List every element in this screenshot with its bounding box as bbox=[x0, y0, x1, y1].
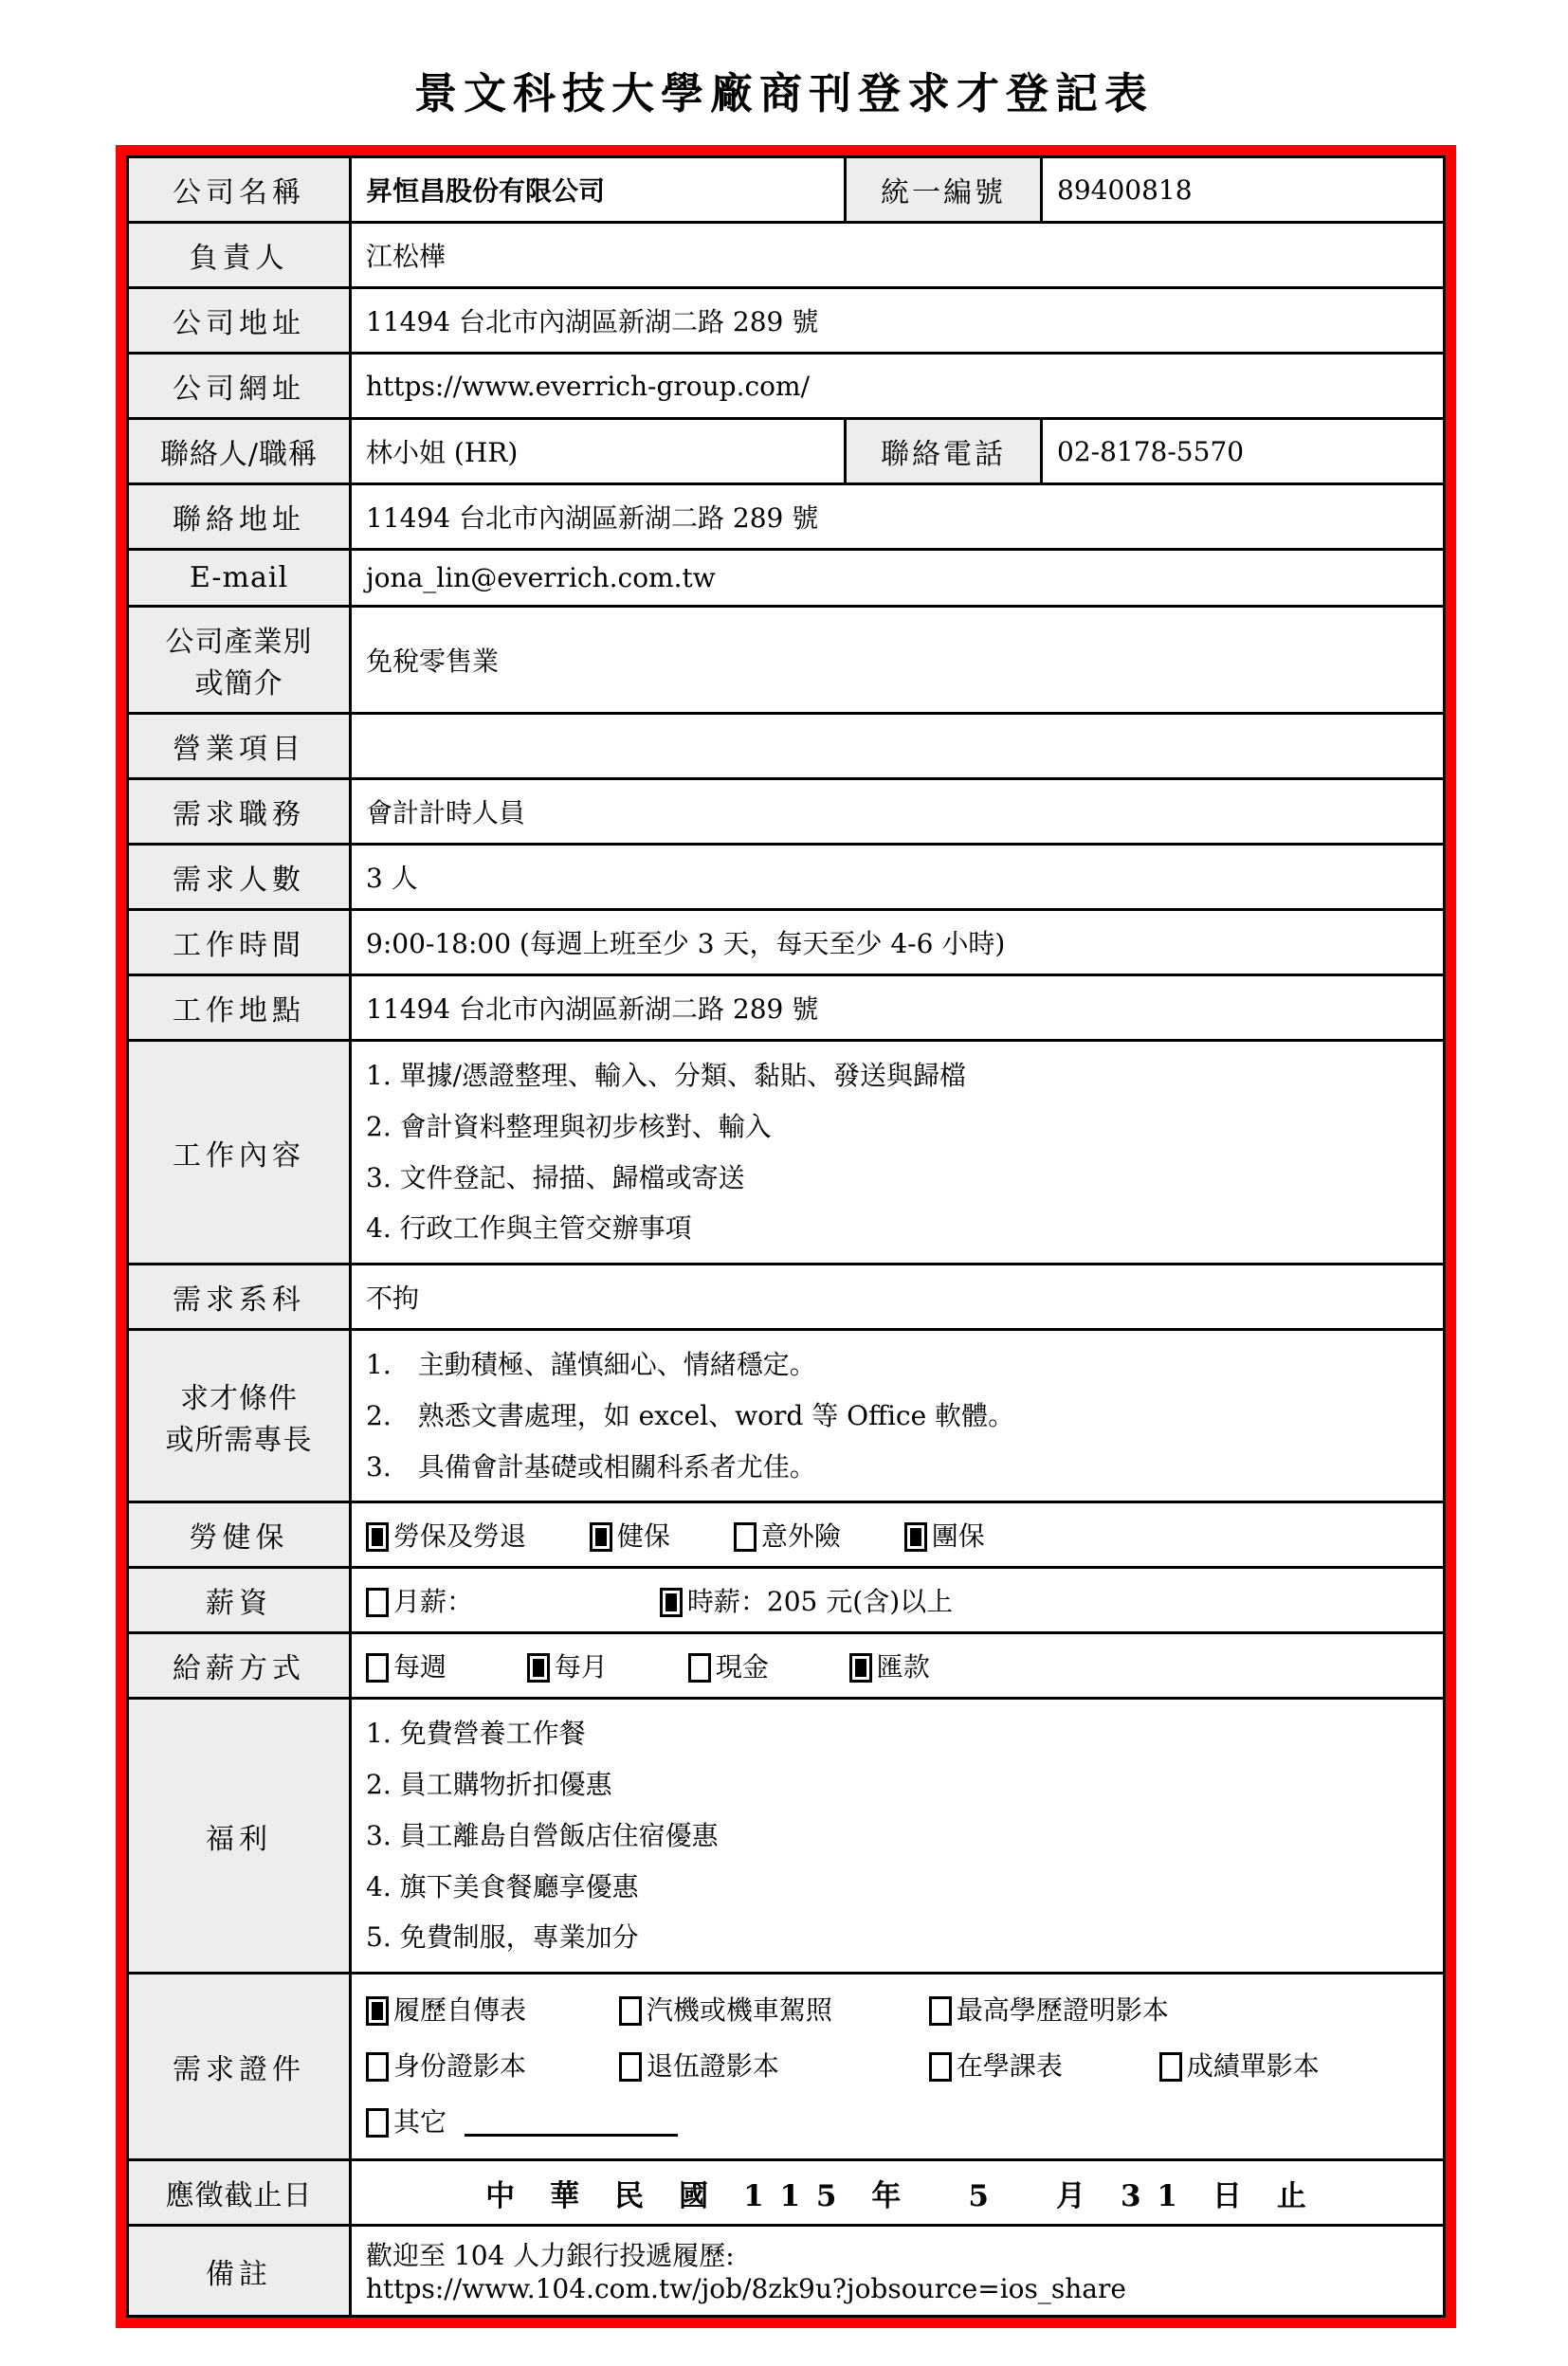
benefits-line-1: 1. 免費營養工作餐 bbox=[366, 1708, 1429, 1759]
payment-option-cash: 現金 bbox=[688, 1647, 769, 1684]
tax-id-value: 89400818 bbox=[1042, 157, 1445, 223]
notes-line-2[interactable]: https://www.104.com.tw/job/8zk9u?jobsour… bbox=[366, 2273, 1429, 2306]
documents-line-2: 身份證影本 退伍證影本 在學課表 成績單影本 bbox=[366, 2039, 1429, 2095]
page-title: 景文科技大學廠商刊登求才登記表 bbox=[0, 0, 1568, 120]
requirements-line-1: 1. 主動積極、謹慎細心、情緒穩定。 bbox=[366, 1339, 1429, 1391]
discharge-checkbox bbox=[619, 2052, 642, 2082]
industry-value: 免稅零售業 bbox=[351, 607, 1445, 714]
company-address-label: 公司地址 bbox=[128, 288, 351, 354]
website-value[interactable]: https://www.everrich-group.com/ bbox=[351, 354, 1445, 419]
weekly-pay-checkbox bbox=[366, 1653, 389, 1683]
doc-option-id-copy: 身份證影本 bbox=[366, 2039, 611, 2095]
doc-option-discharge: 退伍證影本 bbox=[619, 2039, 921, 2095]
owner-value: 江松樺 bbox=[351, 223, 1445, 288]
email-label: E-mail bbox=[128, 550, 351, 607]
insurance-option-accident: 意外險 bbox=[734, 1516, 841, 1554]
doc-option-resume: 履歷自傳表 bbox=[366, 1983, 611, 2039]
work-location-value: 11494 台北市內湖區新湖二路 289 號 bbox=[351, 975, 1445, 1041]
doc-option-driver-license: 汽機或機車駕照 bbox=[619, 1983, 921, 2039]
website-url[interactable]: https://www.everrich-group.com/ bbox=[366, 371, 810, 402]
contact-address-value: 11494 台北市內湖區新湖二路 289 號 bbox=[351, 484, 1445, 550]
recruitment-form: 公司名稱 昇恒昌股份有限公司 統一編號 89400818 負責人 江松樺 公司地… bbox=[116, 145, 1456, 2328]
contact-value: 林小姐 (HR) bbox=[351, 419, 846, 484]
requirements-label-line1: 求才條件 bbox=[133, 1374, 345, 1416]
row-work-hours: 工作時間 9:00-18:00 (每週上班至少 3 天，每天至少 4-6 小時) bbox=[128, 910, 1445, 975]
business-items-label: 營業項目 bbox=[128, 714, 351, 779]
driver-license-option-label: 汽機或機車駕照 bbox=[647, 1994, 832, 2026]
requirements-value: 1. 主動積極、謹慎細心、情緒穩定。 2. 熟悉文書處理，如 excel、wor… bbox=[351, 1330, 1445, 1502]
transcript-option-label: 成績單影本 bbox=[1187, 2050, 1320, 2082]
job-content-value: 1. 單據/憑證整理、輸入、分類、黏貼、發送與歸檔 2. 會計資料整理與初步核對… bbox=[351, 1041, 1445, 1265]
company-name-label: 公司名稱 bbox=[128, 157, 351, 223]
tax-id-label: 統一編號 bbox=[846, 157, 1042, 223]
row-documents: 需求證件 履歷自傳表 汽機或機車駕照 最高學歷證明影本 身份證影本 退伍證影本 … bbox=[128, 1974, 1445, 2160]
cash-pay-checkbox bbox=[688, 1653, 711, 1683]
contact-label: 聯絡人/職稱 bbox=[128, 419, 351, 484]
monthly-salary-option-label: 月薪： bbox=[393, 1586, 473, 1617]
job-content-line-2: 2. 會計資料整理與初步核對、輸入 bbox=[366, 1101, 1429, 1153]
row-department: 需求系科 不拘 bbox=[128, 1265, 1445, 1330]
website-label: 公司網址 bbox=[128, 354, 351, 419]
labor-insurance-checkbox bbox=[366, 1522, 389, 1552]
other-doc-blank-line bbox=[465, 2105, 678, 2137]
deadline-value: 中 華 民 國 1 1 5 年 5 月 3 1 日 止 bbox=[351, 2160, 1445, 2226]
notes-value: 歡迎至 104 人力銀行投遞履歷: https://www.104.com.tw… bbox=[351, 2226, 1445, 2317]
salary-option-monthly: 月薪： bbox=[366, 1581, 473, 1619]
row-business-items: 營業項目 bbox=[128, 714, 1445, 779]
industry-label: 公司產業別 或簡介 bbox=[128, 607, 351, 714]
doc-option-other: 其它 bbox=[366, 2095, 447, 2151]
documents-value: 履歷自傳表 汽機或機車駕照 最高學歷證明影本 身份證影本 退伍證影本 在學課表 … bbox=[351, 1974, 1445, 2160]
job-content-label: 工作內容 bbox=[128, 1041, 351, 1265]
schedule-checkbox bbox=[929, 2052, 952, 2082]
id-copy-option-label: 身份證影本 bbox=[393, 2050, 526, 2082]
labor-insurance-option-label: 勞保及勞退 bbox=[393, 1520, 526, 1552]
email-value: jona_lin@everrich.com.tw bbox=[351, 550, 1445, 607]
diploma-checkbox bbox=[929, 1996, 952, 2026]
business-items-value bbox=[351, 714, 1445, 779]
insurance-value: 勞保及勞退 健保 意外險 團保 bbox=[351, 1502, 1445, 1568]
job-content-line-4: 4. 行政工作與主管交辦事項 bbox=[366, 1203, 1429, 1254]
headcount-value: 3 人 bbox=[351, 845, 1445, 910]
benefits-line-5: 5. 免費制服，專業加分 bbox=[366, 1912, 1429, 1963]
row-email: E-mail jona_lin@everrich.com.tw bbox=[128, 550, 1445, 607]
row-industry: 公司產業別 或簡介 免稅零售業 bbox=[128, 607, 1445, 714]
hourly-salary-option-label: 時薪：205 元(含)以上 bbox=[687, 1586, 953, 1617]
job-content-line-3: 3. 文件登記、掃描、歸檔或寄送 bbox=[366, 1153, 1429, 1204]
transfer-pay-checkbox bbox=[849, 1653, 872, 1683]
id-copy-checkbox bbox=[366, 2052, 389, 2082]
industry-label-line2: 或簡介 bbox=[133, 660, 345, 701]
schedule-option-label: 在學課表 bbox=[957, 2050, 1063, 2082]
row-company-address: 公司地址 11494 台北市內湖區新湖二路 289 號 bbox=[128, 288, 1445, 354]
benefits-line-4: 4. 旗下美食餐廳享優惠 bbox=[366, 1862, 1429, 1913]
documents-line-3: 其它 bbox=[366, 2095, 1429, 2151]
salary-label: 薪資 bbox=[128, 1568, 351, 1633]
row-requirements: 求才條件 或所需專長 1. 主動積極、謹慎細心、情緒穩定。 2. 熟悉文書處理，… bbox=[128, 1330, 1445, 1502]
salary-value: 月薪： 時薪：205 元(含)以上 bbox=[351, 1568, 1445, 1633]
group-insurance-option-label: 團保 bbox=[932, 1520, 985, 1552]
row-salary: 薪資 月薪： 時薪：205 元(含)以上 bbox=[128, 1568, 1445, 1633]
group-insurance-checkbox bbox=[904, 1522, 927, 1552]
row-payment: 給薪方式 每週 每月 現金 匯款 bbox=[128, 1633, 1445, 1699]
job-title-label: 需求職務 bbox=[128, 779, 351, 845]
requirements-line-2: 2. 熟悉文書處理，如 excel、word 等 Office 軟體。 bbox=[366, 1391, 1429, 1442]
benefits-value: 1. 免費營養工作餐 2. 員工購物折扣優惠 3. 員工離島自營飯店住宿優惠 4… bbox=[351, 1699, 1445, 1974]
notes-line-1: 歡迎至 104 人力銀行投遞履歷: bbox=[366, 2235, 1429, 2273]
industry-label-line1: 公司產業別 bbox=[133, 618, 345, 660]
other-doc-option-label: 其它 bbox=[393, 2106, 447, 2138]
health-insurance-option-label: 健保 bbox=[617, 1520, 670, 1552]
row-deadline: 應徵截止日 中 華 民 國 1 1 5 年 5 月 3 1 日 止 bbox=[128, 2160, 1445, 2226]
cash-pay-option-label: 現金 bbox=[716, 1651, 769, 1683]
job-content-line-1: 1. 單據/憑證整理、輸入、分類、黏貼、發送與歸檔 bbox=[366, 1050, 1429, 1101]
documents-line-1: 履歷自傳表 汽機或機車駕照 最高學歷證明影本 bbox=[366, 1983, 1429, 2039]
insurance-option-labor: 勞保及勞退 bbox=[366, 1516, 526, 1554]
documents-label: 需求證件 bbox=[128, 1974, 351, 2160]
row-company-name: 公司名稱 昇恒昌股份有限公司 統一編號 89400818 bbox=[128, 157, 1445, 223]
job-title-value: 會計計時人員 bbox=[351, 779, 1445, 845]
department-label: 需求系科 bbox=[128, 1265, 351, 1330]
row-contact: 聯絡人/職稱 林小姐 (HR) 聯絡電話 02-8178-5570 bbox=[128, 419, 1445, 484]
doc-option-transcript: 成績單影本 bbox=[1159, 2039, 1320, 2095]
benefits-line-2: 2. 員工購物折扣優惠 bbox=[366, 1759, 1429, 1811]
work-hours-value: 9:00-18:00 (每週上班至少 3 天，每天至少 4-6 小時) bbox=[351, 910, 1445, 975]
requirements-label: 求才條件 或所需專長 bbox=[128, 1330, 351, 1502]
diploma-option-label: 最高學歷證明影本 bbox=[957, 1994, 1169, 2026]
work-hours-label: 工作時間 bbox=[128, 910, 351, 975]
row-website: 公司網址 https://www.everrich-group.com/ bbox=[128, 354, 1445, 419]
row-headcount: 需求人數 3 人 bbox=[128, 845, 1445, 910]
salary-option-hourly: 時薪：205 元(含)以上 bbox=[660, 1581, 953, 1619]
row-job-title: 需求職務 會計計時人員 bbox=[128, 779, 1445, 845]
row-job-content: 工作內容 1. 單據/憑證整理、輸入、分類、黏貼、發送與歸檔 2. 會計資料整理… bbox=[128, 1041, 1445, 1265]
other-doc-checkbox bbox=[366, 2108, 389, 2138]
requirements-label-line2: 或所需專長 bbox=[133, 1416, 345, 1458]
weekly-pay-option-label: 每週 bbox=[393, 1651, 447, 1683]
resume-checkbox bbox=[366, 1996, 389, 2026]
discharge-option-label: 退伍證影本 bbox=[647, 2050, 779, 2082]
payment-label: 給薪方式 bbox=[128, 1633, 351, 1699]
insurance-label: 勞健保 bbox=[128, 1502, 351, 1568]
row-benefits: 福利 1. 免費營養工作餐 2. 員工購物折扣優惠 3. 員工離島自營飯店住宿優… bbox=[128, 1699, 1445, 1974]
hourly-salary-checkbox bbox=[660, 1588, 683, 1617]
notes-label: 備註 bbox=[128, 2226, 351, 2317]
insurance-option-group: 團保 bbox=[904, 1516, 985, 1554]
doc-option-diploma: 最高學歷證明影本 bbox=[929, 1983, 1169, 2039]
company-name-value: 昇恒昌股份有限公司 bbox=[351, 157, 846, 223]
row-owner: 負責人 江松樺 bbox=[128, 223, 1445, 288]
payment-value: 每週 每月 現金 匯款 bbox=[351, 1633, 1445, 1699]
row-notes: 備註 歡迎至 104 人力銀行投遞履歷: https://www.104.com… bbox=[128, 2226, 1445, 2317]
accident-insurance-option-label: 意外險 bbox=[761, 1520, 841, 1552]
form-table: 公司名稱 昇恒昌股份有限公司 統一編號 89400818 負責人 江松樺 公司地… bbox=[126, 155, 1446, 2318]
phone-label: 聯絡電話 bbox=[846, 419, 1042, 484]
benefits-line-3: 3. 員工離島自營飯店住宿優惠 bbox=[366, 1811, 1429, 1862]
department-value: 不拘 bbox=[351, 1265, 1445, 1330]
insurance-option-health: 健保 bbox=[590, 1516, 670, 1554]
company-address-value: 11494 台北市內湖區新湖二路 289 號 bbox=[351, 288, 1445, 354]
owner-label: 負責人 bbox=[128, 223, 351, 288]
benefits-label: 福利 bbox=[128, 1699, 351, 1974]
contact-address-label: 聯絡地址 bbox=[128, 484, 351, 550]
transfer-pay-option-label: 匯款 bbox=[877, 1651, 930, 1683]
payment-option-monthly: 每月 bbox=[527, 1647, 608, 1684]
driver-license-checkbox bbox=[619, 1996, 642, 2026]
headcount-label: 需求人數 bbox=[128, 845, 351, 910]
row-contact-address: 聯絡地址 11494 台北市內湖區新湖二路 289 號 bbox=[128, 484, 1445, 550]
row-insurance: 勞健保 勞保及勞退 健保 意外險 團保 bbox=[128, 1502, 1445, 1568]
row-work-location: 工作地點 11494 台北市內湖區新湖二路 289 號 bbox=[128, 975, 1445, 1041]
accident-insurance-checkbox bbox=[734, 1522, 757, 1552]
monthly-salary-checkbox bbox=[366, 1588, 389, 1617]
phone-value: 02-8178-5570 bbox=[1042, 419, 1445, 484]
payment-option-transfer: 匯款 bbox=[849, 1647, 930, 1684]
work-location-label: 工作地點 bbox=[128, 975, 351, 1041]
requirements-line-3: 3. 具備會計基礎或相關科系者尤佳。 bbox=[366, 1442, 1429, 1493]
resume-option-label: 履歷自傳表 bbox=[393, 1994, 526, 2026]
monthly-pay-option-label: 每月 bbox=[555, 1651, 608, 1683]
deadline-label: 應徵截止日 bbox=[128, 2160, 351, 2226]
doc-option-schedule: 在學課表 bbox=[929, 2039, 1151, 2095]
payment-option-weekly: 每週 bbox=[366, 1647, 447, 1684]
health-insurance-checkbox bbox=[590, 1522, 612, 1552]
monthly-pay-checkbox bbox=[527, 1653, 550, 1683]
transcript-checkbox bbox=[1159, 2052, 1182, 2082]
